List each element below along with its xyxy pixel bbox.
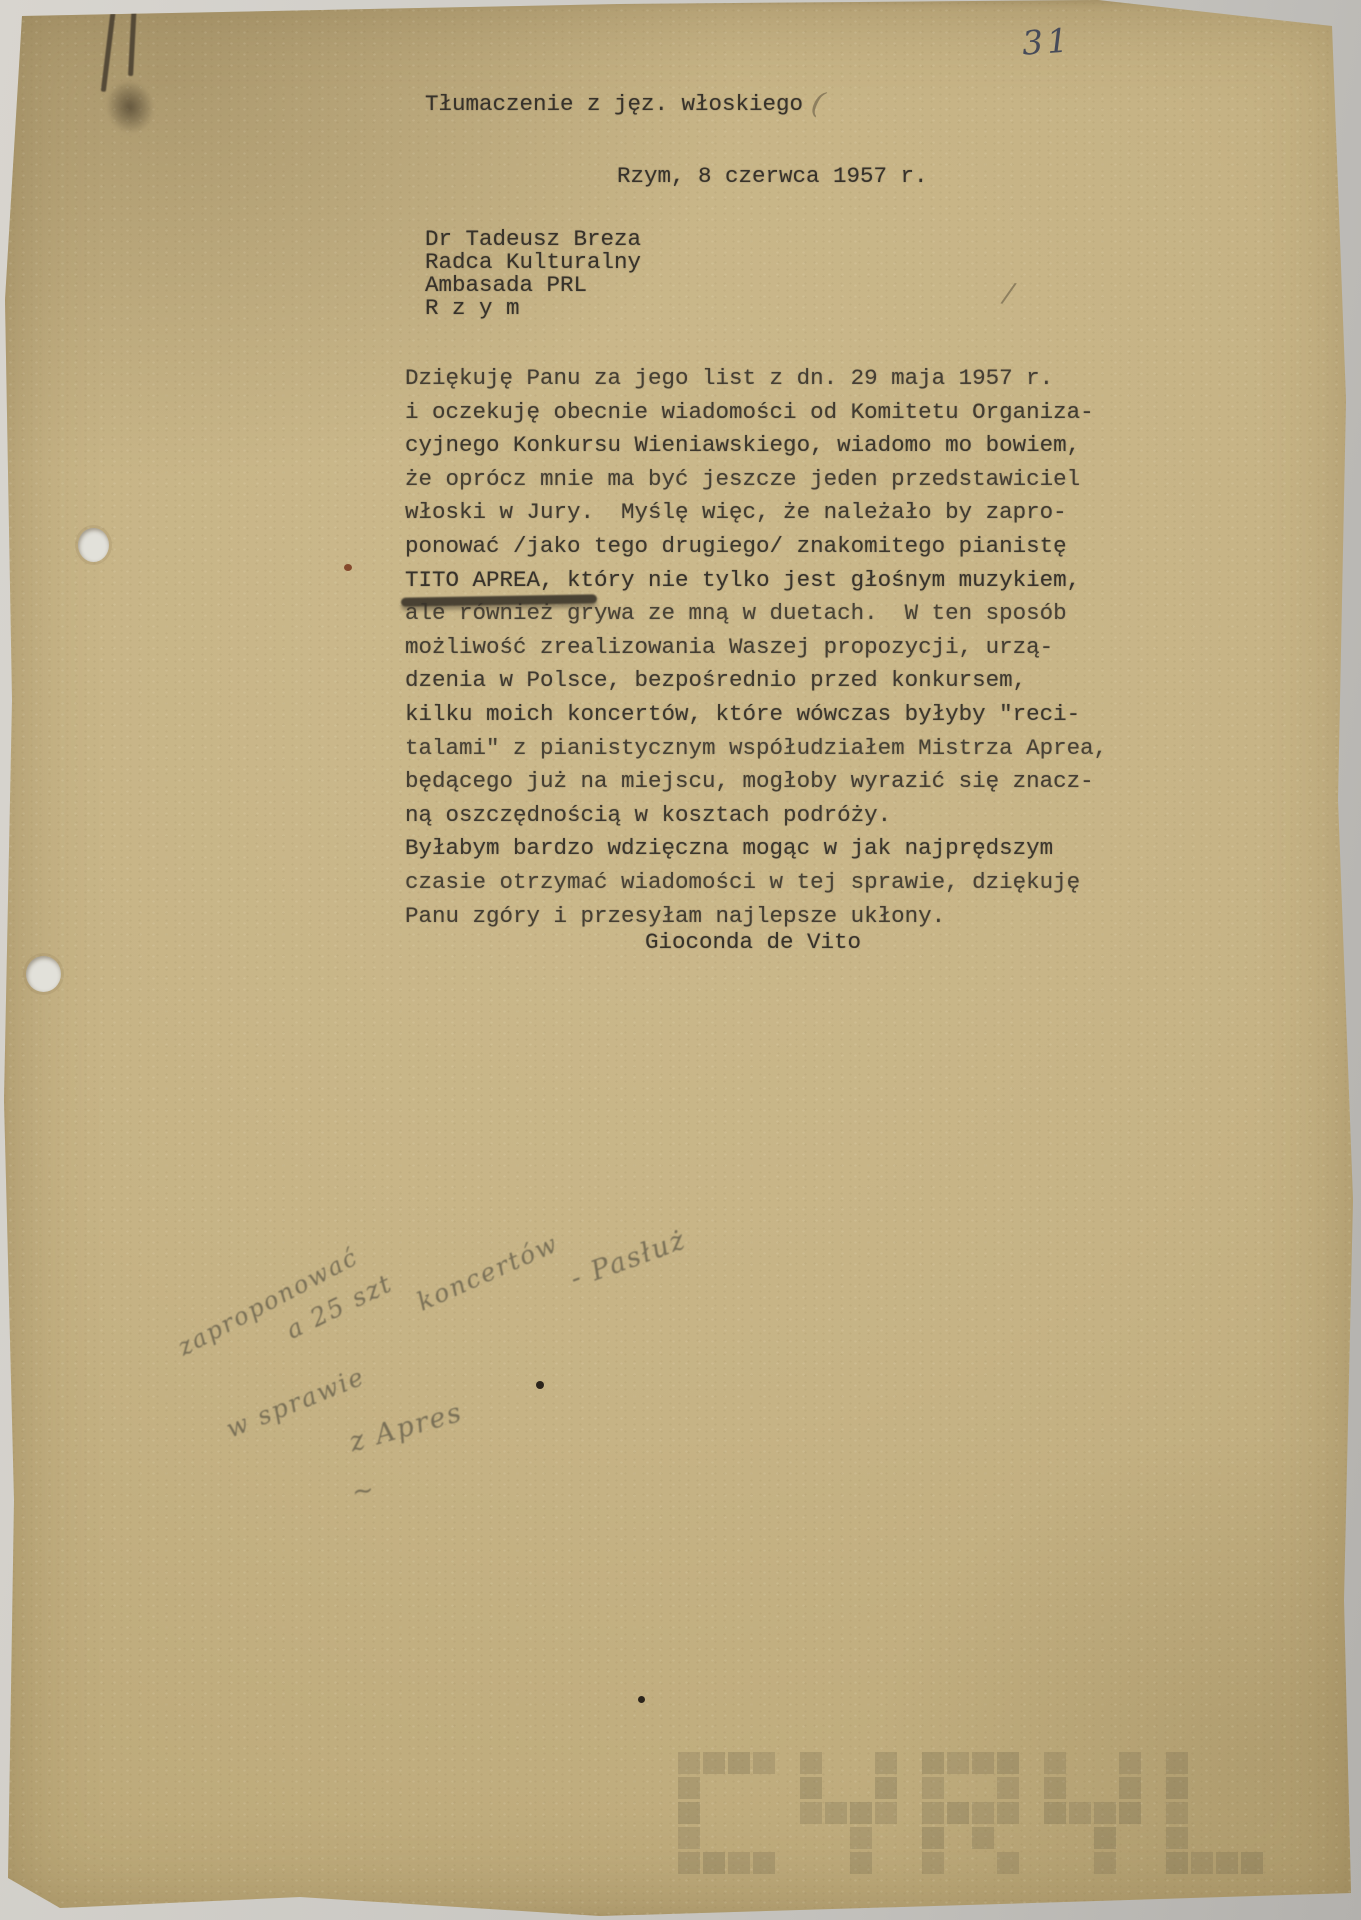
body-line: TITO APREA, który nie tylko jest głośnym… [405,564,1107,598]
body-line: włoski w Jury. Myślę więc, że należało b… [405,496,1107,530]
watermark-tile [1094,1827,1116,1849]
watermark-tile [1044,1802,1066,1824]
watermark-tile [997,1802,1019,1824]
watermark-tile [1044,1777,1066,1799]
annotation-fragment: ~ [350,1474,378,1507]
watermark-tile [1166,1752,1188,1774]
document-page: 31 Tłumaczenie z jęz. włoskiego Rzym, 8 … [0,0,1361,1920]
watermark-tile [922,1777,944,1799]
watermark-tile [800,1777,822,1799]
body-line: będącego już na miejscu, mogłoby wyrazić… [405,765,1107,799]
body-line: czasie otrzymać wiadomości w tej sprawie… [405,866,1107,900]
page-number: 31 [1021,20,1074,62]
body-line: kilku moich koncertów, które wówczas był… [405,698,1107,732]
body-line: ną oszczędnością w kosztach podróży. [405,799,1107,833]
watermark-tile [728,1852,750,1874]
paper-texture [0,0,1361,1920]
body-line: Dziękuję Panu za jego list z dn. 29 maja… [405,362,1107,396]
watermark-tile [800,1752,822,1774]
watermark-tile [972,1752,994,1774]
watermark-tile [1166,1827,1188,1849]
watermark-tile [703,1852,725,1874]
watermark-tile [1216,1852,1238,1874]
body-line: że oprócz mnie ma być jeszcze jeden prze… [405,463,1107,497]
watermark-tile [850,1802,872,1824]
body-line-text: , który nie tylko jest głośnym muzykiem, [540,567,1080,593]
watermark-tile [875,1777,897,1799]
letter-body: Dziękuję Panu za jego list z dn. 29 maja… [405,362,1107,933]
watermark-tile [678,1802,700,1824]
recipient-line: Ambasada PRL [425,274,641,297]
staple-mark-icon [101,6,116,92]
watermark-tile [1044,1752,1066,1774]
annotation-fragment: z Apres [346,1397,466,1459]
body-line: możliwość zrealizowania Waszej propozycj… [405,631,1107,665]
watermark-tile [850,1852,872,1874]
watermark-tile [1191,1852,1213,1874]
watermark-tile [922,1852,944,1874]
watermark-tile [997,1752,1019,1774]
signature: Gioconda de Vito [645,926,861,960]
watermark-tile [678,1852,700,1874]
body-line: ponować /jako tego drugiego/ znakomitego… [405,530,1107,564]
watermark-tile [825,1802,847,1824]
recipient-line: Dr Tadeusz Breza [425,228,641,251]
annotation-fragment: - Pasłuż [566,1224,690,1295]
watermark-tile [1166,1777,1188,1799]
watermark-tile [1119,1802,1141,1824]
watermark-tile [1119,1752,1141,1774]
annotation-fragment: koncertów [413,1228,563,1316]
watermark-tile [875,1802,897,1824]
body-line: i oczekuję obecnie wiadomości od Komitet… [405,396,1107,430]
red-speck [344,564,352,571]
watermark-tile [972,1802,994,1824]
ink-speck [536,1381,544,1389]
watermark-tile [753,1752,775,1774]
ink-speck [638,1696,645,1703]
watermark-tile [922,1827,944,1849]
stray-pencil-mark: / [1002,278,1015,310]
watermark-tile [800,1802,822,1824]
recipient-block: Dr Tadeusz BrezaRadca KulturalnyAmbasada… [425,228,641,320]
ink-smudge [100,75,160,140]
watermark-tile [753,1852,775,1874]
body-line: Byłabym bardzo wdzięczna mogąc w jak naj… [405,832,1107,866]
staple-mark-icon [128,2,137,76]
body-line: dzenia w Polsce, bezpośrednio przed konk… [405,664,1107,698]
watermark-tile [875,1752,897,1774]
watermark-tile [850,1827,872,1849]
watermark-tile [997,1852,1019,1874]
recipient-line: R z y m [425,297,641,320]
body-line: cyjnego Konkursu Wieniawskiego, wiadomo … [405,429,1107,463]
body-line: ale również grywa ze mną w duetach. W te… [405,597,1107,631]
watermark-tile [1166,1802,1188,1824]
watermark-tile [997,1777,1019,1799]
scanned-letter-scene: 31 Tłumaczenie z jęz. włoskiego Rzym, 8 … [0,0,1361,1920]
watermark-tile [1119,1777,1141,1799]
watermark-tile [1094,1802,1116,1824]
punch-hole [78,528,109,562]
watermark-tile [922,1802,944,1824]
watermark-tile [1094,1852,1116,1874]
watermark-tile [703,1752,725,1774]
watermark-tile [678,1827,700,1849]
recipient-line: Radca Kulturalny [425,251,641,274]
underlined-name: TITO APREA [405,564,540,598]
watermark-tile [972,1827,994,1849]
watermark-tile [728,1752,750,1774]
watermark-tile [1166,1852,1188,1874]
dateline: Rzym, 8 czerwca 1957 r. [617,160,928,194]
watermark-tile [922,1752,944,1774]
watermark-tile [678,1752,700,1774]
stray-pencil-mark: ( [808,85,828,122]
translation-header: Tłumaczenie z jęz. włoskiego [425,88,803,122]
body-line: talami" z pianistycznym współudziałem Mi… [405,732,1107,766]
watermark-tile [678,1777,700,1799]
watermark-tile [947,1802,969,1824]
watermark-tile [1069,1802,1091,1824]
punch-hole [26,956,61,992]
watermark-tile [1241,1852,1263,1874]
watermark-tile [947,1752,969,1774]
